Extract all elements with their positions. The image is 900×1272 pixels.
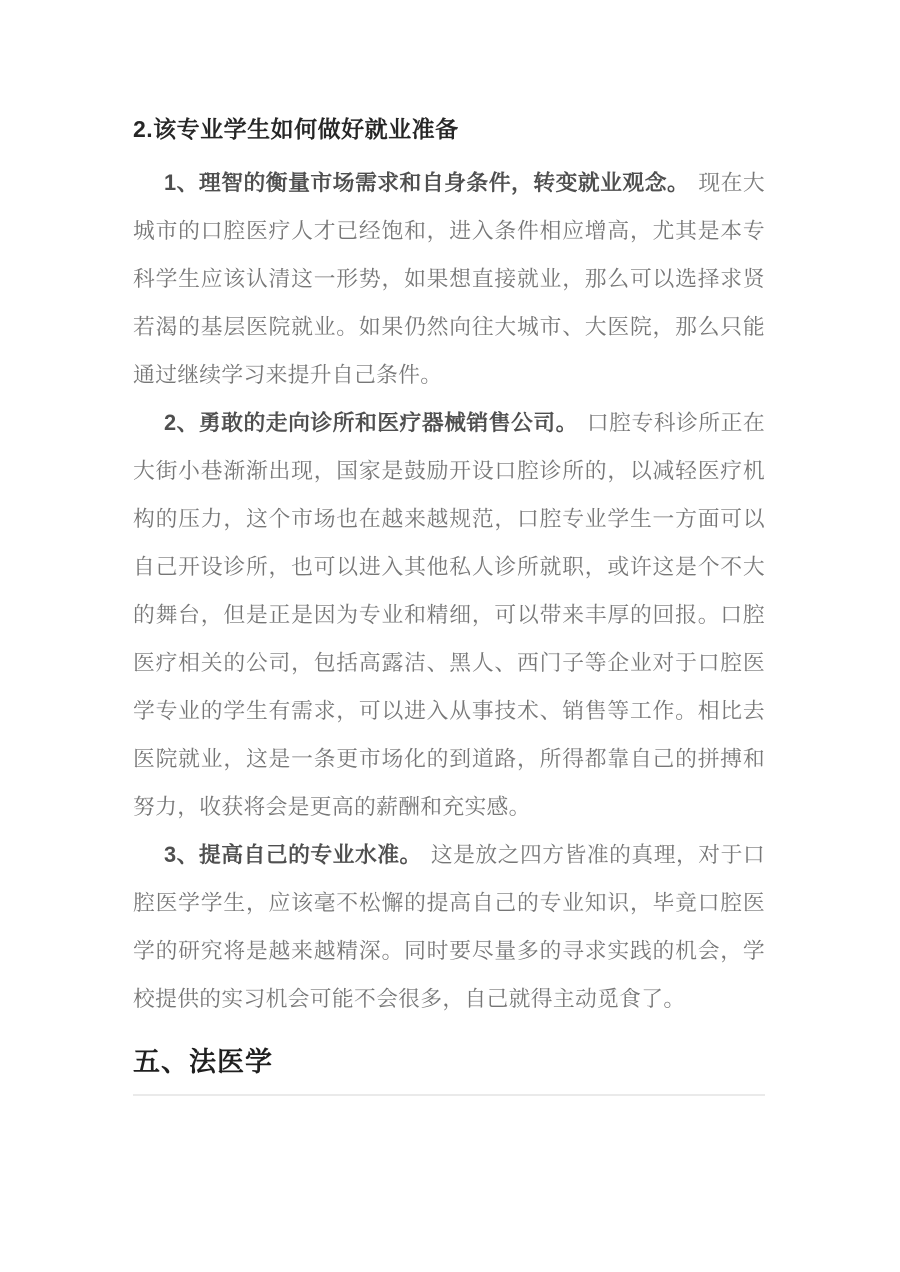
document-page: 2.该专业学生如何做好就业准备 1、理智的衡量市场需求和自身条件，转变就业观念。… — [0, 0, 900, 1272]
paragraph-1: 1、理智的衡量市场需求和自身条件，转变就业观念。现在大城市的口腔医疗人才已经饱和… — [133, 159, 765, 399]
paragraph-2-body: 口腔专科诊所正在大街小巷渐渐出现，国家是鼓励开设口腔诊所的，以减轻医疗机构的压力… — [133, 410, 765, 819]
paragraph-3: 3、提高自己的专业水准。这是放之四方皆准的真理，对于口腔医学学生，应该毫不松懈的… — [133, 831, 765, 1023]
paragraph-2: 2、勇敢的走向诊所和医疗器械销售公司。口腔专科诊所正在大街小巷渐渐出现，国家是鼓… — [133, 399, 765, 831]
paragraph-1-body: 现在大城市的口腔医疗人才已经饱和，进入条件相应增高，尤其是本专科学生应该认清这一… — [133, 170, 765, 387]
paragraph-2-lead: 2、勇敢的走向诊所和医疗器械销售公司。 — [164, 410, 578, 435]
heading-employment-prep: 2.该专业学生如何做好就业准备 — [133, 112, 765, 146]
section-divider — [133, 1094, 765, 1096]
paragraph-3-lead: 3、提高自己的专业水准。 — [164, 842, 422, 867]
paragraph-1-lead: 1、理智的衡量市场需求和自身条件，转变就业观念。 — [164, 170, 689, 195]
heading-forensic-medicine: 五、法医学 — [133, 1042, 765, 1082]
paragraph-3-body: 这是放之四方皆准的真理，对于口腔医学学生，应该毫不松懈的提高自己的专业知识，毕竟… — [133, 842, 765, 1011]
